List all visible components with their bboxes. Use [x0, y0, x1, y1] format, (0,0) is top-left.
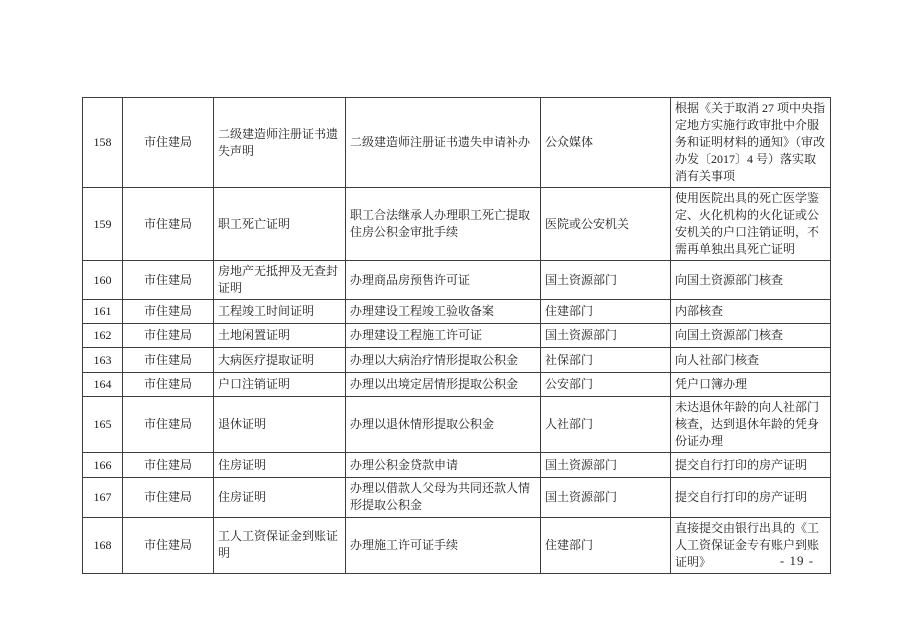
- cell-handling-matter: 办理公积金贷款申请: [346, 453, 541, 478]
- cell-cancellation-method: 内部核查: [671, 300, 831, 324]
- cell-row-number: 158: [83, 98, 123, 188]
- cell-cancellation-method: 使用医院出具的死亡医学鉴定、火化机构的火化证或公安机关的户口注销证明，不需再单独…: [671, 188, 831, 261]
- cell-department: 市住建局: [123, 348, 214, 373]
- cell-row-number: 160: [83, 261, 123, 300]
- cell-row-number: 168: [83, 517, 123, 573]
- cell-handling-matter: 办理商品房预售许可证: [346, 261, 541, 300]
- cell-issuing-unit: 公众媒体: [541, 98, 671, 188]
- cell-issuing-unit: 国土资源部门: [541, 261, 671, 300]
- cell-handling-matter: 二级建造师注册证书遗失申请补办: [346, 98, 541, 188]
- table-row: 164 市住建局 户口注销证明 办理以出境定居情形提取公积金 公安部门 凭户口簿…: [83, 373, 831, 397]
- cell-department: 市住建局: [123, 478, 214, 517]
- cell-issuing-unit: 国土资源部门: [541, 453, 671, 478]
- cell-cancellation-method: 向国土资源部门核查: [671, 261, 831, 300]
- cell-cancellation-method: 向国土资源部门核查: [671, 324, 831, 348]
- cell-issuing-unit: 公安部门: [541, 373, 671, 397]
- cell-department: 市住建局: [123, 98, 214, 188]
- cell-issuing-unit: 住建部门: [541, 517, 671, 573]
- table-row: 161 市住建局 工程竣工时间证明 办理建设工程竣工验收备案 住建部门 内部核查: [83, 300, 831, 324]
- cell-row-number: 159: [83, 188, 123, 261]
- cell-row-number: 162: [83, 324, 123, 348]
- table-row: 166 市住建局 住房证明 办理公积金贷款申请 国土资源部门 提交自行打印的房产…: [83, 453, 831, 478]
- table-row: 158 市住建局 二级建造师注册证书遗失声明 二级建造师注册证书遗失申请补办 公…: [83, 98, 831, 188]
- cell-issuing-unit: 医院或公安机关: [541, 188, 671, 261]
- cell-issuing-unit: 人社部门: [541, 397, 671, 453]
- cancelled-certificates-table: 158 市住建局 二级建造师注册证书遗失声明 二级建造师注册证书遗失申请补办 公…: [82, 97, 831, 574]
- cell-cancellation-method: 根据《关于取消 27 项中央指定地方实施行政审批中介服务和证明材料的通知》（审改…: [671, 98, 831, 188]
- cell-row-number: 163: [83, 348, 123, 373]
- cell-department: 市住建局: [123, 453, 214, 478]
- cell-handling-matter: 办理以退休情形提取公积金: [346, 397, 541, 453]
- cell-certificate-name: 二级建造师注册证书遗失声明: [214, 98, 346, 188]
- cell-handling-matter: 办理建设工程竣工验收备案: [346, 300, 541, 324]
- cell-cancellation-method: 未达退休年龄的向人社部门核查，达到退休年龄的凭身份证办理: [671, 397, 831, 453]
- cell-handling-matter: 办理建设工程施工许可证: [346, 324, 541, 348]
- cell-certificate-name: 土地闲置证明: [214, 324, 346, 348]
- cell-cancellation-method: 向人社部门核查: [671, 348, 831, 373]
- cell-department: 市住建局: [123, 261, 214, 300]
- cell-row-number: 161: [83, 300, 123, 324]
- cell-issuing-unit: 住建部门: [541, 300, 671, 324]
- cell-department: 市住建局: [123, 373, 214, 397]
- table-row: 167 市住建局 住房证明 办理以借款人父母为共同还款人情形提取公积金 国土资源…: [83, 478, 831, 517]
- cell-department: 市住建局: [123, 324, 214, 348]
- cell-department: 市住建局: [123, 188, 214, 261]
- cell-cancellation-method: 提交自行打印的房产证明: [671, 478, 831, 517]
- cell-certificate-name: 职工死亡证明: [214, 188, 346, 261]
- cell-certificate-name: 工程竣工时间证明: [214, 300, 346, 324]
- cell-issuing-unit: 国土资源部门: [541, 324, 671, 348]
- table-row: 165 市住建局 退休证明 办理以退休情形提取公积金 人社部门 未达退休年龄的向…: [83, 397, 831, 453]
- document-page: 158 市住建局 二级建造师注册证书遗失声明 二级建造师注册证书遗失申请补办 公…: [0, 0, 900, 636]
- cell-certificate-name: 大病医疗提取证明: [214, 348, 346, 373]
- cell-certificate-name: 住房证明: [214, 478, 346, 517]
- cell-certificate-name: 工人工资保证金到账证明: [214, 517, 346, 573]
- table-row: 159 市住建局 职工死亡证明 职工合法继承人办理职工死亡提取住房公积金审批手续…: [83, 188, 831, 261]
- cell-row-number: 166: [83, 453, 123, 478]
- cell-handling-matter: 职工合法继承人办理职工死亡提取住房公积金审批手续: [346, 188, 541, 261]
- cell-row-number: 164: [83, 373, 123, 397]
- page-number: - 19 -: [752, 553, 842, 569]
- cell-cancellation-method: 凭户口簿办理: [671, 373, 831, 397]
- cell-certificate-name: 住房证明: [214, 453, 346, 478]
- cell-department: 市住建局: [123, 300, 214, 324]
- cell-handling-matter: 办理施工许可证手续: [346, 517, 541, 573]
- table-row: 168 市住建局 工人工资保证金到账证明 办理施工许可证手续 住建部门 直接提交…: [83, 517, 831, 573]
- table-row: 163 市住建局 大病医疗提取证明 办理以大病治疗情形提取公积金 社保部门 向人…: [83, 348, 831, 373]
- cell-handling-matter: 办理以大病治疗情形提取公积金: [346, 348, 541, 373]
- cell-handling-matter: 办理以出境定居情形提取公积金: [346, 373, 541, 397]
- cell-cancellation-method: 提交自行打印的房产证明: [671, 453, 831, 478]
- cell-row-number: 167: [83, 478, 123, 517]
- cell-certificate-name: 房地产无抵押及无查封证明: [214, 261, 346, 300]
- table-row: 162 市住建局 土地闲置证明 办理建设工程施工许可证 国土资源部门 向国土资源…: [83, 324, 831, 348]
- cell-issuing-unit: 社保部门: [541, 348, 671, 373]
- cell-certificate-name: 户口注销证明: [214, 373, 346, 397]
- cell-department: 市住建局: [123, 517, 214, 573]
- table-row: 160 市住建局 房地产无抵押及无查封证明 办理商品房预售许可证 国土资源部门 …: [83, 261, 831, 300]
- cell-handling-matter: 办理以借款人父母为共同还款人情形提取公积金: [346, 478, 541, 517]
- cell-row-number: 165: [83, 397, 123, 453]
- cell-certificate-name: 退休证明: [214, 397, 346, 453]
- cell-issuing-unit: 国土资源部门: [541, 478, 671, 517]
- cell-department: 市住建局: [123, 397, 214, 453]
